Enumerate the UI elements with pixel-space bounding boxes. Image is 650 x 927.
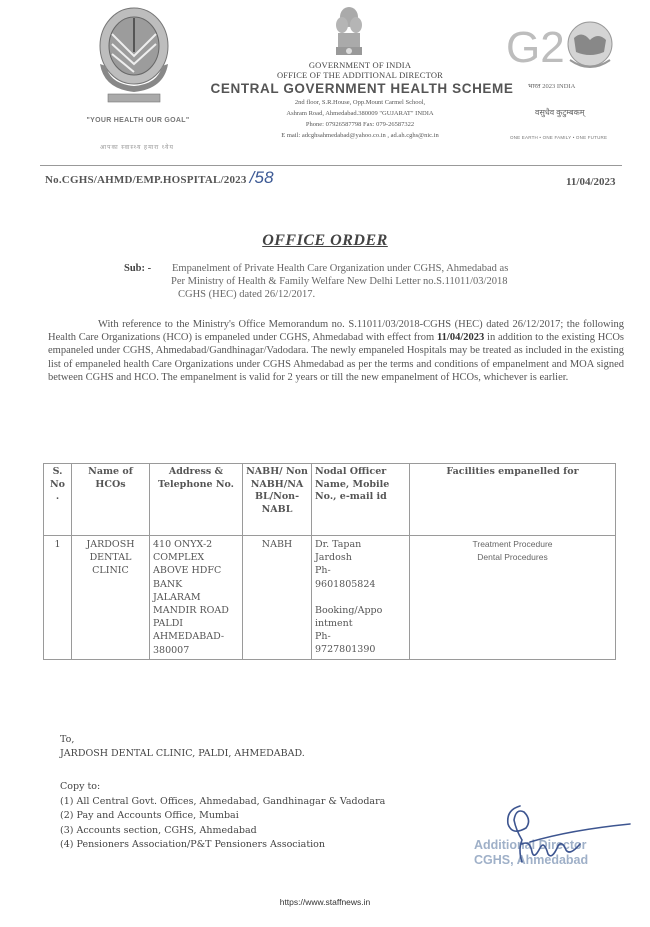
address-line: BANK: [153, 578, 239, 591]
address-line: AHMEDABAD-: [153, 630, 239, 643]
effective-date: 11/04/2023: [437, 332, 484, 343]
header-sno: S. No .: [44, 464, 72, 536]
address-line: PALDI: [153, 617, 239, 630]
header-accreditation: NABH/ Non NABH/NA BL/Non- NABL: [243, 464, 312, 536]
g20-hindi-motto: वसुधैव कुटुम्बकम्: [535, 107, 585, 118]
g20-text: G2: [506, 23, 565, 70]
cell-nodal-officer: Dr. Tapan Jardosh Ph- 9601805824 Booking…: [312, 536, 410, 660]
logo-tagline: "YOUR HEALTH OUR GOAL": [58, 117, 218, 124]
table-header-row: S. No . Name of HCOs Address & Telephone…: [44, 464, 616, 536]
copy-to-item: (2) Pay and Accounts Office, Mumbai: [60, 809, 385, 824]
header-address: Address & Telephone No.: [150, 464, 243, 536]
hco-table: S. No . Name of HCOs Address & Telephone…: [43, 463, 616, 660]
booking-line: Ph-: [315, 630, 406, 643]
nodal-line: Ph-: [315, 564, 406, 577]
table-row: 1 JARDOSH DENTAL CLINIC 410 ONYX-2 COMPL…: [44, 536, 616, 660]
address-line-1: 2nd floor, S.R.House, Opp.Mount Carmel S…: [200, 97, 520, 108]
g20-motto: ONE EARTH • ONE FAMILY • ONE FUTURE: [510, 135, 607, 140]
booking-phone: 9727801390: [315, 643, 406, 656]
address-line: JALARAM: [153, 591, 239, 604]
document-title: OFFICE ORDER: [0, 232, 650, 250]
email-line: E mail: adcghsahmedabad@yahoo.co.in , ad…: [200, 130, 520, 141]
subject-line-3: CGHS (HEC) dated 26/12/2017.: [178, 288, 624, 301]
nodal-phone: 9601805824: [315, 578, 406, 591]
header-facilities: Facilities empanelled for: [410, 464, 616, 536]
nodal-line: Jardosh: [315, 551, 406, 564]
reference-number: No.CGHS/AHMD/EMP.HOSPITAL/2023/58: [45, 168, 274, 188]
cghs-logo-icon: [92, 4, 176, 108]
govt-of-india: GOVERNMENT OF INDIA: [200, 60, 520, 70]
address-line: 380007: [153, 644, 239, 657]
reference-number-text: No.CGHS/AHMD/EMP.HOSPITAL/2023: [45, 174, 247, 186]
g20-subtitle: भारत 2023 INDIA: [528, 81, 575, 90]
address-line: ABOVE HDFC: [153, 564, 239, 577]
subject-line-2: Per Ministry of Health & Family Welfare …: [171, 275, 624, 288]
spacer: [315, 591, 406, 604]
booking-line: intment: [315, 617, 406, 630]
letterhead-divider: [40, 165, 622, 166]
phone-fax: Phone: 07926587798 Fax: 079-26587322: [200, 119, 520, 130]
order-date: 11/04/2023: [566, 176, 616, 188]
subject-line-1: Empanelment of Private Health Care Organ…: [172, 263, 508, 274]
cell-facilities: Treatment Procedure Dental Procedures: [410, 536, 616, 660]
cell-name: JARDOSH DENTAL CLINIC: [72, 536, 150, 660]
subject-label: Sub: -: [124, 262, 151, 275]
subject-text: Empanelment of Private Health Care Organ…: [172, 262, 624, 301]
nodal-line: Dr. Tapan: [315, 538, 406, 551]
address-line: MANDIR ROAD: [153, 604, 239, 617]
header-name: Name of HCOs: [72, 464, 150, 536]
subject-block: Sub: - Empanelment of Private Health Car…: [124, 262, 624, 301]
copy-to-block: Copy to: (1) All Central Govt. Offices, …: [60, 780, 385, 853]
facility-item: Treatment Procedure: [413, 538, 612, 551]
source-url[interactable]: https://www.staffnews.in: [0, 897, 650, 907]
address-line: 410 ONYX-2: [153, 538, 239, 551]
order-paragraph: With reference to the Ministry's Office …: [48, 318, 624, 384]
handwritten-serial: /58: [250, 168, 274, 187]
copy-to-label: Copy to:: [60, 780, 385, 795]
facility-item: Dental Procedures: [413, 551, 612, 564]
to-name: JARDOSH DENTAL CLINIC, PALDI, AHMEDABAD.: [60, 747, 305, 761]
logo-hindi-motto: आपका स्वास्थ्य हमारा ध्येय: [62, 143, 212, 151]
cell-sno: 1: [44, 536, 72, 660]
address-line: COMPLEX: [153, 551, 239, 564]
address-line-2: Ashram Road, Ahmedabad.380009 "GUJARAT" …: [200, 108, 520, 119]
letterhead-block: GOVERNMENT OF INDIA OFFICE OF THE ADDITI…: [200, 60, 520, 141]
copy-to-item: (1) All Central Govt. Offices, Ahmedabad…: [60, 795, 385, 810]
addressee-block: To, JARDOSH DENTAL CLINIC, PALDI, AHMEDA…: [60, 733, 305, 761]
cell-address: 410 ONYX-2 COMPLEX ABOVE HDFC BANK JALAR…: [150, 536, 243, 660]
signature-icon: [470, 800, 640, 870]
header-nodal-officer: Nodal Officer Name, Mobile No., e-mail i…: [312, 464, 410, 536]
copy-to-item: (3) Accounts section, CGHS, Ahmedabad: [60, 824, 385, 839]
booking-line: Booking/Appo: [315, 604, 406, 617]
copy-to-item: (4) Pensioners Association/P&T Pensioner…: [60, 838, 385, 853]
cell-accreditation: NABH: [243, 536, 312, 660]
national-emblem-icon: [330, 3, 368, 61]
to-label: To,: [60, 733, 305, 747]
g20-logo-icon: G2: [506, 18, 616, 70]
office-of-additional-director: OFFICE OF THE ADDITIONAL DIRECTOR: [200, 70, 520, 80]
organization-name: CENTRAL GOVERNMENT HEALTH SCHEME: [204, 80, 520, 97]
